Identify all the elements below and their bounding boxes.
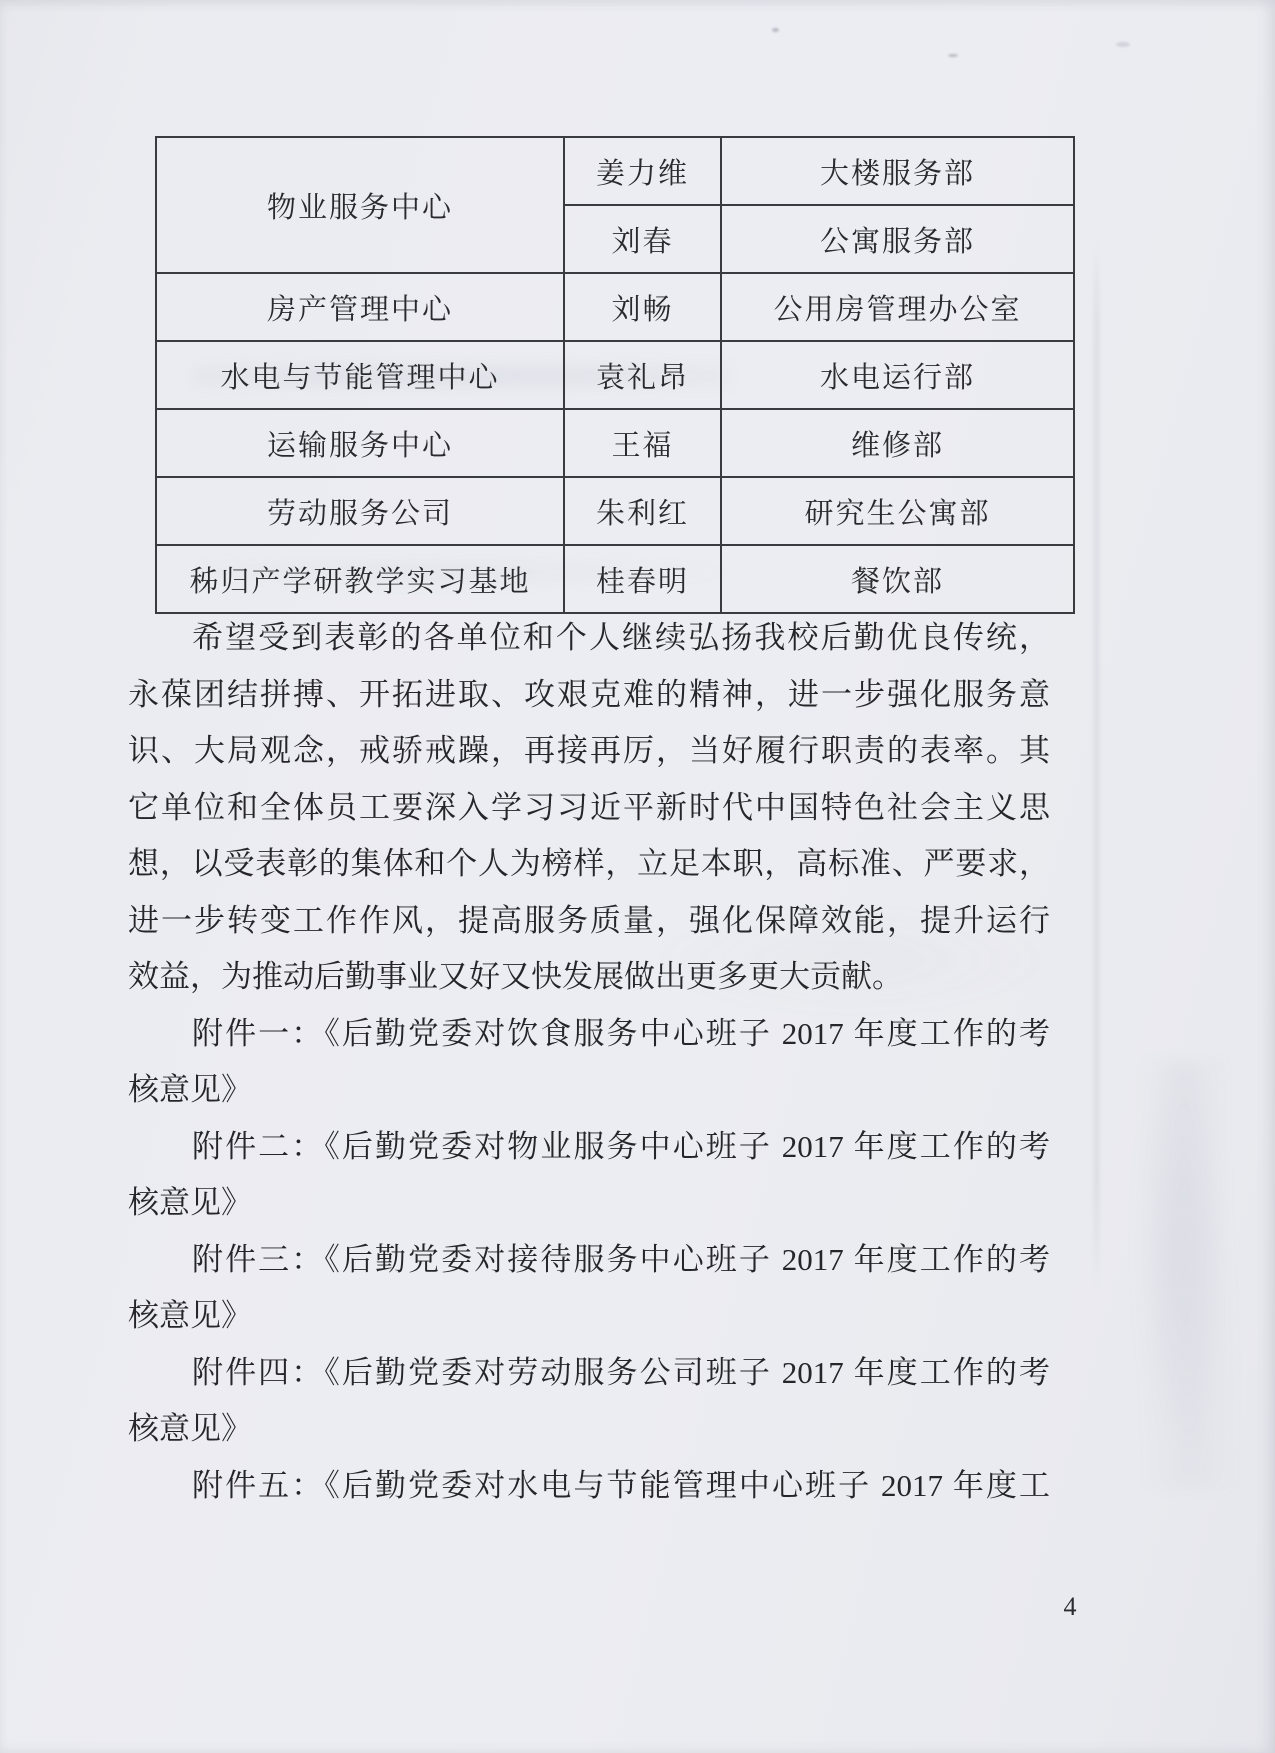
attachment-line: 附件四：《后勤党委对劳动服务公司班子 2017 年度工作的考 (128, 1345, 1050, 1402)
paragraph-line: 想，以受表彰的集体和个人为榜样，立足本职，高标准、严要求， (128, 836, 1050, 893)
paragraph-line: 它单位和全体员工要深入学习习近平新时代中国特色社会主义思 (128, 780, 1050, 837)
attachment-line: 附件一：《后勤党委对饮食服务中心班子 2017 年度工作的考 (128, 1006, 1050, 1063)
paragraph-line: 希望受到表彰的各单位和个人继续弘扬我校后勤优良传统， (128, 610, 1050, 667)
table-cell-person: 刘畅 (564, 273, 721, 341)
table-cell-unit: 劳动服务公司 (156, 477, 564, 545)
attachment-line: 核意见》 (128, 1401, 1050, 1458)
attachment-line: 核意见》 (128, 1288, 1050, 1345)
scan-speck (772, 28, 779, 32)
attachment-line: 核意见》 (128, 1175, 1050, 1232)
table-row: 物业服务中心 姜力维 大楼服务部 (156, 137, 1074, 205)
scan-fold-line (1094, 240, 1099, 1290)
paragraph-line: 永葆团结拼搏、开拓进取、攻艰克难的精神，进一步强化服务意 (128, 667, 1050, 724)
scanned-document-page: 物业服务中心 姜力维 大楼服务部 刘春 公寓服务部 房产管理中心 刘畅 公用房管… (0, 0, 1275, 1753)
table-cell-dept: 水电运行部 (721, 341, 1074, 409)
attachment-line: 附件五：《后勤党委对水电与节能管理中心班子 2017 年度工 (128, 1458, 1050, 1515)
table-cell-dept: 公寓服务部 (721, 205, 1074, 273)
table-cell-person: 王福 (564, 409, 721, 477)
attachment-line: 核意见》 (128, 1062, 1050, 1119)
paragraph-line: 进一步转变工作作风，提高服务质量，强化保障效能，提升运行 (128, 893, 1050, 950)
table-cell-dept: 大楼服务部 (721, 137, 1074, 205)
table-cell-person: 桂春明 (564, 545, 721, 613)
attachment-line: 附件三：《后勤党委对接待服务中心班子 2017 年度工作的考 (128, 1232, 1050, 1289)
table-cell-person: 姜力维 (564, 137, 721, 205)
attachment-line: 附件二：《后勤党委对物业服务中心班子 2017 年度工作的考 (128, 1119, 1050, 1176)
table-cell-dept: 研究生公寓部 (721, 477, 1074, 545)
table-cell-unit: 秭归产学研教学实习基地 (156, 545, 564, 613)
table-cell-dept: 公用房管理办公室 (721, 273, 1074, 341)
table-cell-unit: 运输服务中心 (156, 409, 564, 477)
paragraph-line: 效益，为推动后勤事业又好又快发展做出更多更大贡献。 (128, 949, 1050, 1006)
page-number: 4 (1040, 1592, 1100, 1622)
table-cell-person: 袁礼昂 (564, 341, 721, 409)
table-cell-person: 刘春 (564, 205, 721, 273)
table-cell-person: 朱利红 (564, 477, 721, 545)
bleedthrough-smudge (1130, 1060, 1240, 1490)
document-body: 希望受到表彰的各单位和个人继续弘扬我校后勤优良传统， 永葆团结拼搏、开拓进取、攻… (128, 610, 1050, 1514)
scan-speck (1116, 42, 1130, 47)
table-row: 房产管理中心 刘畅 公用房管理办公室 (156, 273, 1074, 341)
table-row: 劳动服务公司 朱利红 研究生公寓部 (156, 477, 1074, 545)
table-row: 运输服务中心 王福 维修部 (156, 409, 1074, 477)
table-cell-unit: 物业服务中心 (156, 137, 564, 273)
paragraph-line: 识、大局观念，戒骄戒躁，再接再厉，当好履行职责的表率。其 (128, 723, 1050, 780)
table-cell-unit: 房产管理中心 (156, 273, 564, 341)
table-row: 秭归产学研教学实习基地 桂春明 餐饮部 (156, 545, 1074, 613)
table-cell-dept: 餐饮部 (721, 545, 1074, 613)
awards-table: 物业服务中心 姜力维 大楼服务部 刘春 公寓服务部 房产管理中心 刘畅 公用房管… (155, 136, 1075, 614)
table-row: 水电与节能管理中心 袁礼昂 水电运行部 (156, 341, 1074, 409)
table-cell-dept: 维修部 (721, 409, 1074, 477)
table-cell-unit: 水电与节能管理中心 (156, 341, 564, 409)
scan-speck (948, 54, 958, 57)
